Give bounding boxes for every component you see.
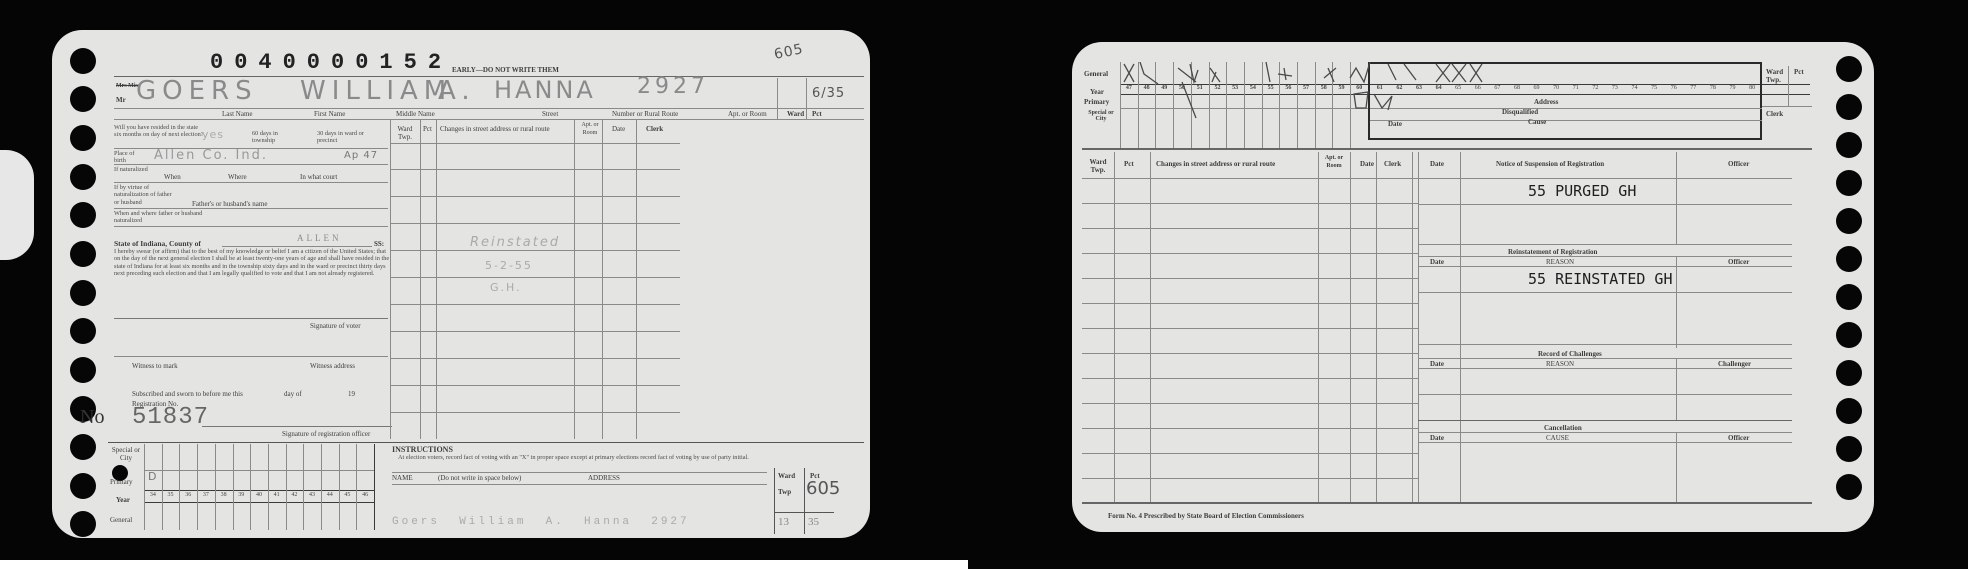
serial-number: 0040000152	[210, 50, 452, 75]
right-voting-grid: General Year Primary Special or City 47 …	[1082, 62, 1812, 150]
oath-text: I hereby swear (or affirm) that to the b…	[114, 248, 390, 277]
handwritten-reinstated: Reinstated	[470, 235, 560, 250]
year-prefix: 19	[348, 390, 355, 398]
punch-hole	[70, 202, 96, 228]
place-of-birth-label: Place of birth	[114, 150, 144, 165]
handwritten-date: 5-2-55	[485, 259, 533, 272]
punch-hole	[1836, 284, 1862, 310]
punch-hole	[70, 434, 96, 460]
cancellation-date-header: Date	[1430, 434, 1444, 442]
challenges-title: Record of Challenges	[1538, 350, 1602, 358]
instructions-title: INSTRUCTIONS	[392, 446, 453, 454]
last-name-value: GOERS	[136, 76, 258, 106]
residence-answer: yes	[202, 128, 224, 141]
ward-twp-label: Ward Twp.	[1766, 68, 1796, 84]
registration-number: 51837	[132, 404, 209, 431]
registration-card-front: 0040000152 EARLY—DO NOT WRITE THEM 605 M…	[52, 30, 870, 538]
col-ward-twp: Ward Twp.	[393, 125, 417, 141]
pct-label: Pct	[1794, 68, 1804, 76]
suspension-date-header: Date	[1430, 160, 1444, 168]
punch-hole	[1836, 360, 1862, 386]
subscribed-label: Subscribed and sworn to before me this	[132, 390, 243, 398]
punch-hole	[1836, 398, 1862, 424]
reinstatement-title: Reinstatement of Registration	[1508, 248, 1597, 256]
col-clerk: Clerk	[1384, 160, 1401, 168]
naturalized-label: If naturalized	[114, 166, 154, 173]
signature-officer-label: Signature of registration officer	[282, 430, 370, 438]
witness-mark-label: Witness to mark	[132, 362, 178, 370]
oath-heading: State of Indiana, County of	[114, 240, 201, 248]
registration-card-back: General Year Primary Special or City 47 …	[1072, 42, 1874, 532]
suspension-officer-header: Officer	[1728, 160, 1749, 168]
punch-hole	[70, 511, 96, 537]
challenges-date-header: Date	[1430, 360, 1444, 368]
ward-days-label: 30 days in ward or precinct	[317, 130, 372, 145]
pct-label: Pct	[812, 110, 822, 118]
ward-label-bottom: Ward	[778, 472, 795, 480]
left-voting-grid: Special or City Primary Year General D 3…	[108, 444, 378, 530]
house-number-value: 2927	[637, 74, 709, 99]
space-note: (Do not write in space below)	[438, 474, 521, 482]
middle-name-label: Middle Name	[396, 110, 435, 118]
prefix-mr: Mr	[116, 96, 126, 104]
challenges-reason-header: REASON	[1546, 360, 1574, 368]
age-value: Ap 47	[344, 150, 378, 161]
vote-marks	[1120, 62, 1770, 122]
court-label: In what court	[300, 173, 337, 181]
col-changes: Changes in street address or rural route	[440, 125, 550, 133]
punch-hole	[70, 357, 96, 383]
punch-hole	[1836, 170, 1862, 196]
col-date: Date	[1360, 160, 1374, 168]
punch-hole	[1836, 436, 1862, 462]
row-year: Year	[1090, 88, 1104, 96]
name-label: NAME	[392, 474, 413, 482]
father-name-label: Father's or husband's name	[192, 200, 267, 208]
punch-hole	[70, 164, 96, 190]
when-label: When	[164, 173, 181, 181]
instructions-text: At election voters, record fact of votin…	[398, 454, 838, 461]
punch-hole	[1836, 94, 1862, 120]
street-value: HANNA	[494, 76, 596, 104]
ward-pct-value: 6/35	[812, 86, 845, 101]
col-date: Date	[612, 125, 625, 133]
col-pct: Pct	[1124, 160, 1134, 168]
punch-hole	[1836, 208, 1862, 234]
row-year: Year	[116, 496, 130, 504]
reinstated-stamp: 55 REINSTATED GH	[1528, 270, 1673, 288]
punch-hole	[1836, 474, 1862, 500]
number-symbol: No	[80, 406, 104, 429]
col-apt: Apt. or Room	[1320, 154, 1348, 170]
suspension-section: Date Notice of Suspension of Registratio…	[1418, 152, 1818, 502]
punch-hole	[70, 125, 96, 151]
cancellation-cause-header: CAUSE	[1546, 434, 1569, 442]
where-label: Where	[228, 173, 247, 181]
last-name-label: Last Name	[222, 110, 253, 118]
suspension-notice-header: Notice of Suspension of Registration	[1496, 160, 1604, 168]
col-ward-twp: Ward Twp.	[1084, 158, 1112, 174]
row-primary: Primary	[110, 478, 133, 486]
typed-name-address: Goers William A. Hanna 2927	[392, 516, 690, 528]
handwritten-initials: G.H.	[490, 281, 522, 294]
cancellation-officer-header: Officer	[1728, 434, 1749, 442]
ward-label: Ward	[787, 110, 804, 118]
form-footer: Form No. 4 Prescribed by State Board of …	[1108, 512, 1304, 520]
row-special-city: Special or City	[108, 446, 144, 462]
signature-voter-label: Signature of voter	[310, 322, 361, 330]
col-changes: Changes in street address or rural route	[1156, 160, 1275, 168]
row-general: General	[110, 516, 132, 524]
reinstatement-officer-header: Officer	[1728, 258, 1749, 266]
punch-hole	[1836, 246, 1862, 272]
virtue-label: If by virtue of naturalization of father…	[114, 184, 174, 206]
twp-label-bottom: Twp	[778, 488, 791, 496]
punch-hole	[70, 473, 96, 499]
challenges-challenger-header: Challenger	[1718, 360, 1751, 368]
adjacent-card-edge	[0, 150, 34, 260]
punch-hole	[1836, 322, 1862, 348]
header-note: EARLY—DO NOT WRITE THEM	[452, 66, 559, 74]
punch-hole	[70, 48, 96, 74]
right-changes-table: Ward Twp. Pct Changes in street address …	[1082, 152, 1362, 502]
residence-question: Will you have resided in the state six m…	[114, 124, 204, 139]
bottom-ward: 13	[778, 516, 789, 528]
place-of-birth-value: Allen Co. Ind.	[154, 148, 268, 163]
ward-pct-handwritten: 605	[806, 478, 840, 499]
row-general: General	[1084, 70, 1108, 78]
street-label: Street	[542, 110, 558, 118]
scan-edge-strip	[0, 560, 968, 569]
oath-ss: SS:	[374, 240, 384, 248]
col-pct: Pct	[423, 125, 432, 133]
witness-address-label: Witness address	[310, 362, 355, 370]
bottom-pct: 35	[808, 516, 819, 528]
punch-hole	[70, 318, 96, 344]
apt-label: Apt. or Room	[728, 110, 767, 118]
number-label: Number or Rural Route	[612, 110, 678, 118]
first-name-label: First Name	[314, 110, 345, 118]
corner-handwriting: 605	[773, 41, 805, 63]
row-primary: Primary	[1084, 98, 1109, 106]
punch-hole	[70, 241, 96, 267]
primary-mark: D	[148, 470, 156, 483]
punch-hole	[70, 280, 96, 306]
col-apt: Apt. or Room	[580, 121, 600, 137]
township-label: 60 days in township	[252, 130, 302, 145]
county-value: ALLEN	[297, 234, 342, 242]
row-special-city: Special or City	[1086, 110, 1116, 122]
punch-hole	[1836, 56, 1862, 82]
cancellation-title: Cancellation	[1544, 424, 1582, 432]
reinstatement-date-header: Date	[1430, 258, 1444, 266]
col-clerk: Clerk	[646, 125, 663, 133]
first-name-value: WILLIAM	[300, 76, 452, 106]
reinstatement-reason-header: REASON	[1546, 258, 1574, 266]
day-of-label: day of	[284, 390, 302, 398]
punch-hole	[1836, 132, 1862, 158]
punch-hole	[70, 86, 96, 112]
left-changes-table: Ward Twp. Pct Changes in street address …	[390, 119, 864, 439]
address-label: ADDRESS	[588, 474, 620, 482]
when-where-label: When and where father or husband natural…	[114, 210, 224, 225]
instructions-block: INSTRUCTIONS At election voters, record …	[392, 444, 864, 534]
middle-name-value: A.	[438, 76, 476, 106]
purged-stamp: 55 PURGED GH	[1528, 182, 1636, 200]
